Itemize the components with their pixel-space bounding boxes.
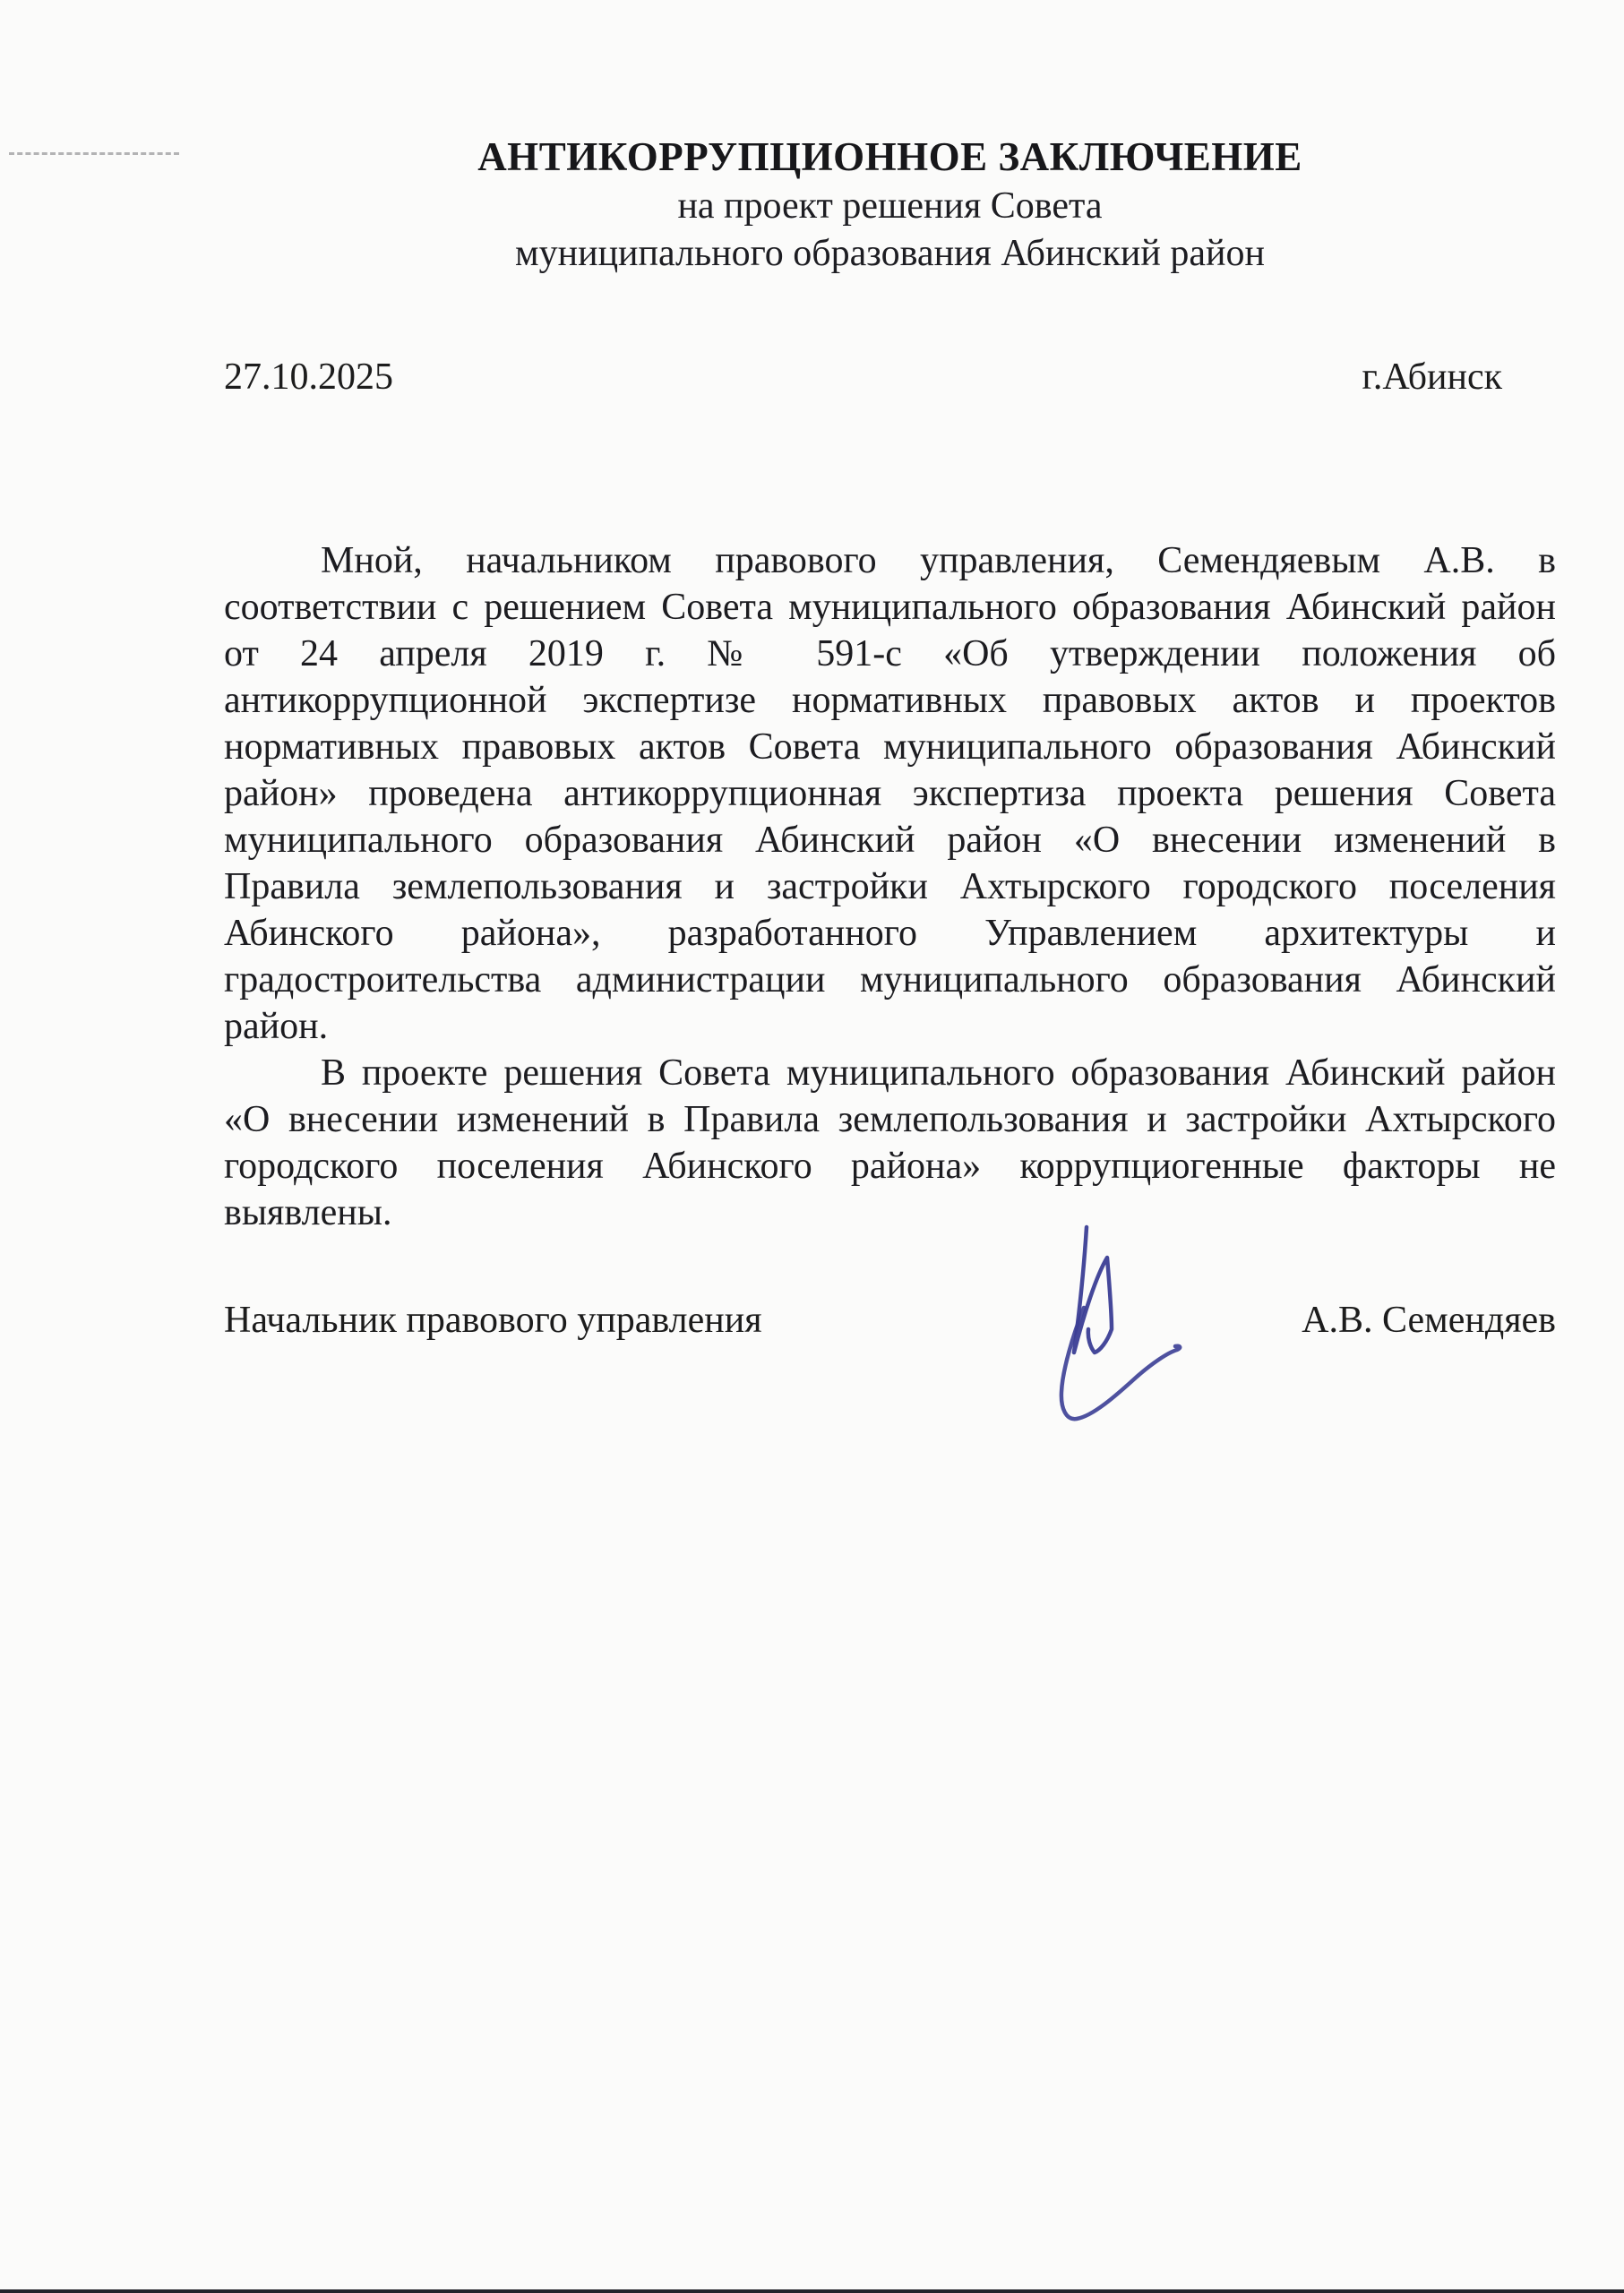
paragraph: В проекте решения Совета муниципального … — [224, 1050, 1556, 1236]
text-line: городского поселения Абинского района» к… — [224, 1143, 1556, 1189]
document-subtitle-line2: муниципального образования Абинский райо… — [224, 230, 1556, 278]
paragraph: Мной, начальником правового управления, … — [224, 537, 1556, 1050]
date-place-row: 27.10.2025 г.Абинск — [224, 355, 1556, 399]
text-line: «О внесении изменений в Правила землепол… — [224, 1096, 1556, 1143]
document-title: АНТИКОРРУПЦИОННОЕ ЗАКЛЮЧЕНИЕ — [224, 131, 1556, 183]
scan-bottom-edge — [0, 2289, 1624, 2293]
text-line: от 24 апреля 2019 г. № 591-с «Об утвержд… — [224, 631, 1556, 677]
text-line: Мной, начальником правового управления, … — [224, 537, 1556, 584]
text-line: антикоррупционной экспертизе нормативных… — [224, 677, 1556, 724]
text-line: соответствии с решением Совета муниципал… — [224, 584, 1556, 631]
scan-artifact-dashes — [9, 152, 179, 155]
signer-position-title: Начальник правового управления — [224, 1297, 762, 1344]
signer-name: А.В. Семендяев — [1302, 1297, 1556, 1344]
text-line: район. — [224, 1003, 1556, 1050]
text-line: район» проведена антикоррупционная экспе… — [224, 770, 1556, 817]
document-date: 27.10.2025 — [224, 355, 393, 399]
text-line: выявлены. — [224, 1189, 1556, 1236]
document-body: Мной, начальником правового управления, … — [224, 537, 1556, 1236]
document-place: г.Абинск — [1362, 355, 1502, 399]
text-line: муниципального образования Абинский райо… — [224, 817, 1556, 863]
text-line: нормативных правовых актов Совета муници… — [224, 724, 1556, 770]
document-subtitle-line1: на проект решения Совета — [224, 183, 1556, 230]
document-header: АНТИКОРРУПЦИОННОЕ ЗАКЛЮЧЕНИЕ на проект р… — [224, 131, 1556, 278]
text-line: Правила землепользования и застройки Ахт… — [224, 863, 1556, 910]
text-line: градостроительства администрации муницип… — [224, 957, 1556, 1003]
text-line: Абинского района», разработанного Управл… — [224, 910, 1556, 957]
text-line: В проекте решения Совета муниципального … — [224, 1050, 1556, 1096]
signature-row: Начальник правового управления А.В. Семе… — [224, 1297, 1556, 1344]
